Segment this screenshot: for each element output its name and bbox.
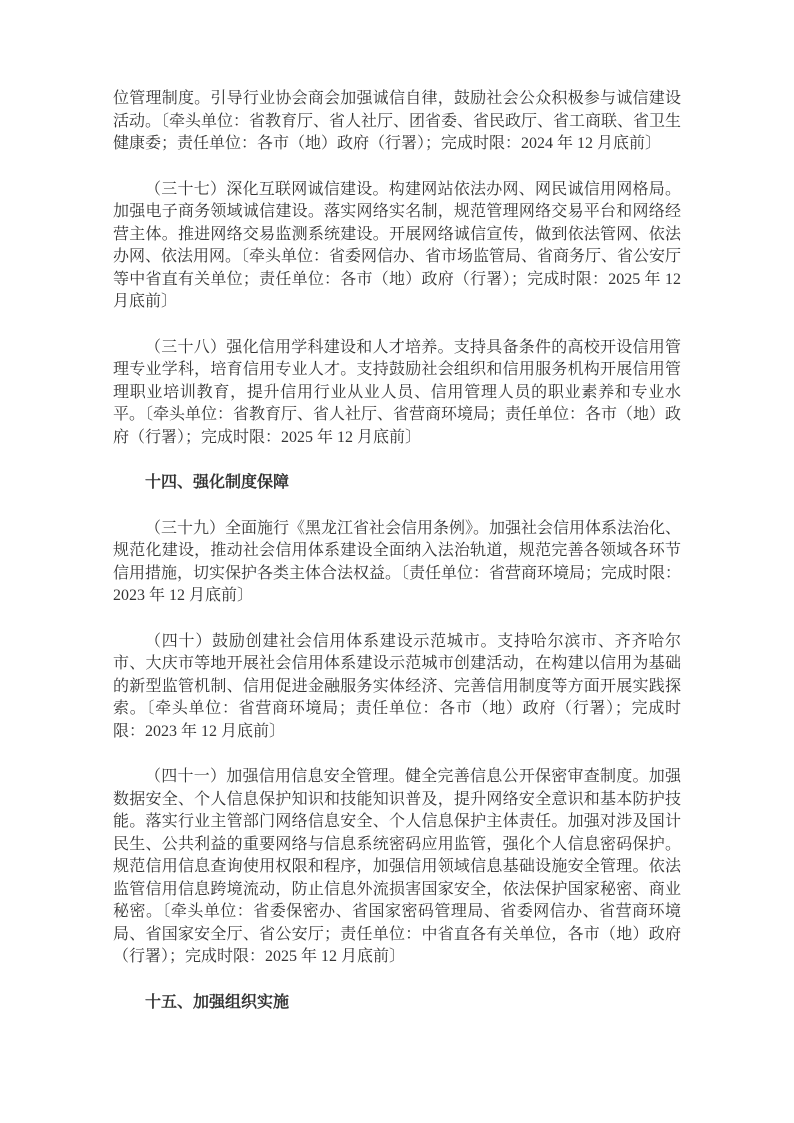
paragraph-clause-37-internet-integrity: （三十七）深化互联网诚信建设。构建网站依法办网、网民诚信用网格局。加强电子商务领…	[113, 179, 681, 314]
section-heading-14-institutional-guarantee: 十四、强化制度保障	[113, 472, 681, 495]
paragraph-continuation-unit-management: 位管理制度。引导行业协会商会加强诚信自律，鼓励社会公众积极参与诚信建设活动。〔牵…	[113, 88, 681, 156]
section-heading-15-organizational-implementation: 十五、加强组织实施	[113, 992, 681, 1015]
paragraph-clause-38-credit-discipline-talent: （三十八）强化信用学科建设和人才培养。支持具备条件的高校开设信用管理专业学科，培…	[113, 337, 681, 450]
paragraph-clause-39-social-credit-regulation: （三十九）全面施行《黑龙江省社会信用条例》。加强社会信用体系法治化、规范化建设，…	[113, 518, 681, 608]
paragraph-clause-40-demonstration-cities: （四十）鼓励创建社会信用体系建设示范城市。支持哈尔滨市、齐齐哈尔市、大庆市等地开…	[113, 631, 681, 744]
document-page: 位管理制度。引导行业协会商会加强诚信自律，鼓励社会公众积极参与诚信建设活动。〔牵…	[0, 0, 794, 1123]
paragraph-clause-41-credit-information-security: （四十一）加强信用信息安全管理。健全完善信息公开保密审查制度。加强数据安全、个人…	[113, 766, 681, 969]
